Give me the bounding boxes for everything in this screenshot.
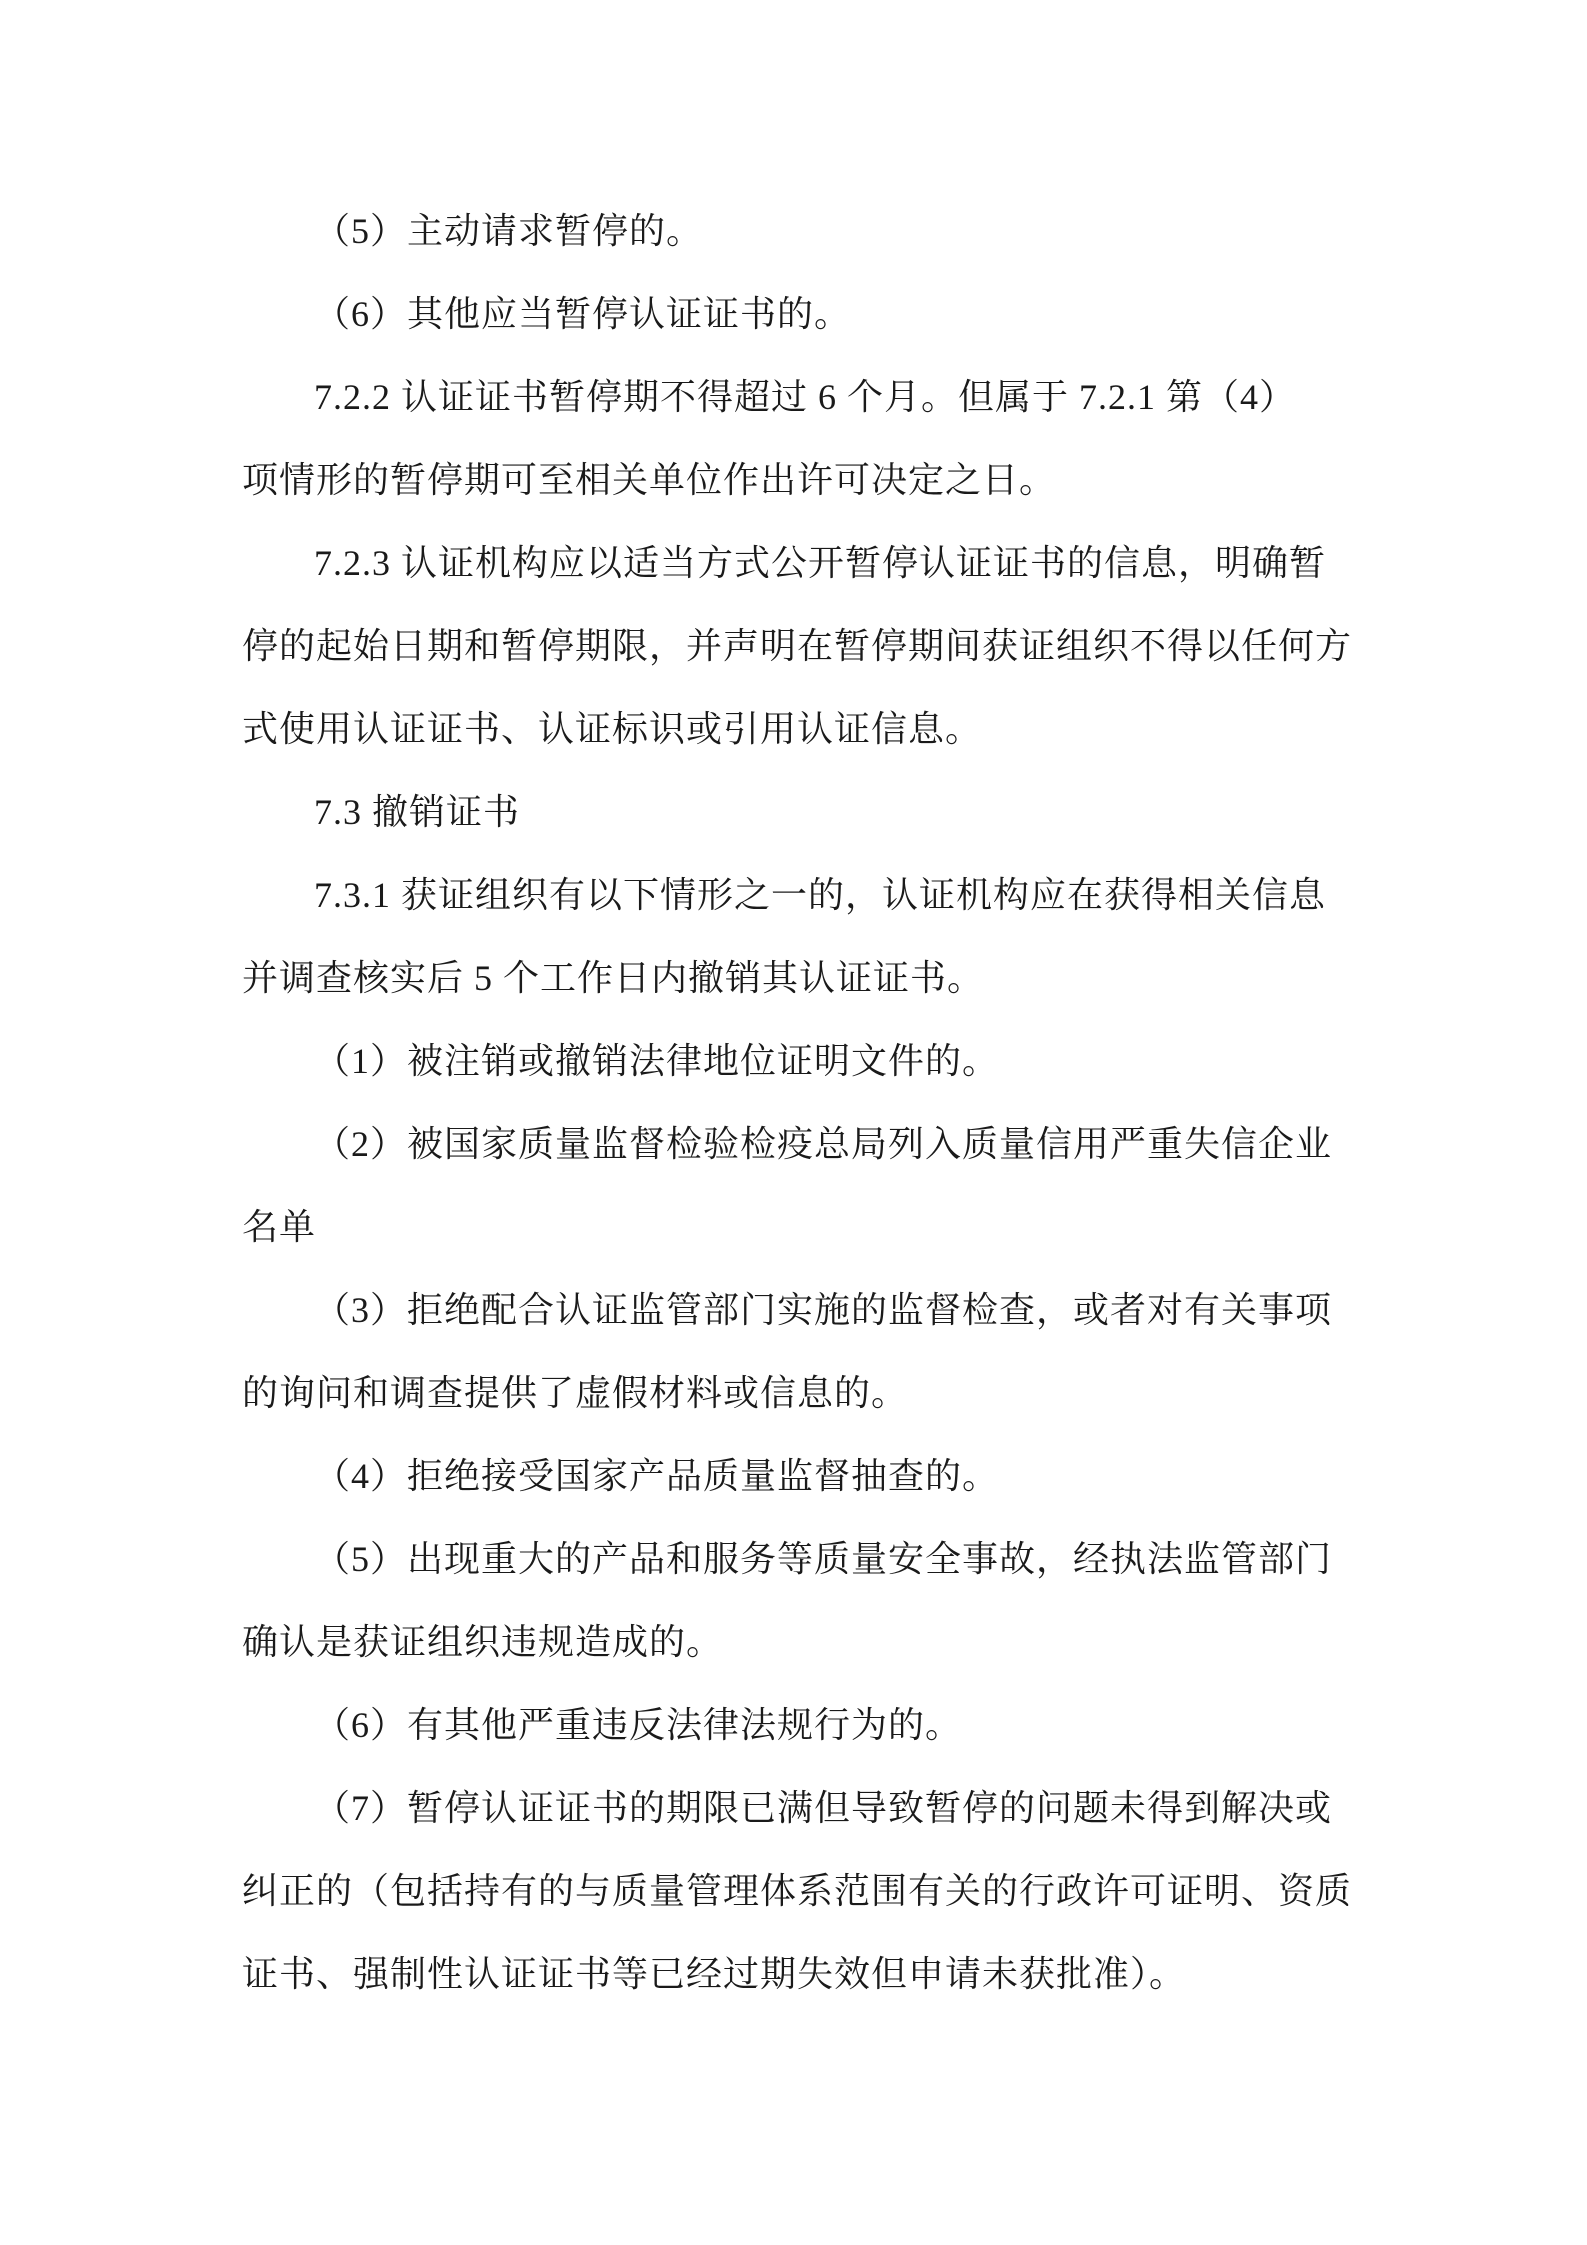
text-line: 停的起始日期和暂停期限，并声明在暂停期间获证组织不得以任何方 xyxy=(242,605,1427,688)
paragraph: 7.3.1 获证组织有以下情形之一的，认证机构应在获得相关信息并调查核实后 5 … xyxy=(242,854,1427,1020)
paragraph: （3）拒绝配合认证监管部门实施的监督检查，或者对有关事项的询问和调查提供了虚假材… xyxy=(242,1269,1427,1435)
paragraph: （2）被国家质量监督检验检疫总局列入质量信用严重失信企业名单 xyxy=(242,1103,1427,1269)
paragraph: （1）被注销或撤销法律地位证明文件的。 xyxy=(242,1020,1427,1103)
text-line: 7.2.2 认证证书暂停期不得超过 6 个月。但属于 7.2.1 第（4） xyxy=(242,356,1427,439)
text-line: （5）主动请求暂停的。 xyxy=(242,190,1427,273)
text-line: （3）拒绝配合认证监管部门实施的监督检查，或者对有关事项 xyxy=(242,1269,1427,1352)
text-line: （6）有其他严重违反法律法规行为的。 xyxy=(242,1684,1427,1767)
paragraph: （7）暂停认证证书的期限已满但导致暂停的问题未得到解决或纠正的（包括持有的与质量… xyxy=(242,1767,1427,2016)
text-line: （2）被国家质量监督检验检疫总局列入质量信用严重失信企业 xyxy=(242,1103,1427,1186)
paragraph: （5）出现重大的产品和服务等质量安全事故，经执法监管部门确认是获证组织违规造成的… xyxy=(242,1518,1427,1684)
text-line: （5）出现重大的产品和服务等质量安全事故，经执法监管部门 xyxy=(242,1518,1427,1601)
text-line: 7.2.3 认证机构应以适当方式公开暂停认证证书的信息，明确暂 xyxy=(242,522,1427,605)
text-line: （6）其他应当暂停认证证书的。 xyxy=(242,273,1427,356)
text-line: 确认是获证组织违规造成的。 xyxy=(242,1601,1427,1684)
text-line: 纠正的（包括持有的与质量管理体系范围有关的行政许可证明、资质 xyxy=(242,1850,1427,1933)
document-body: （5）主动请求暂停的。（6）其他应当暂停认证证书的。7.2.2 认证证书暂停期不… xyxy=(242,190,1427,2016)
text-line: 7.3.1 获证组织有以下情形之一的，认证机构应在获得相关信息 xyxy=(242,854,1427,937)
text-line: 项情形的暂停期可至相关单位作出许可决定之日。 xyxy=(242,439,1427,522)
text-line: 并调查核实后 5 个工作日内撤销其认证证书。 xyxy=(242,937,1427,1020)
paragraph: （5）主动请求暂停的。 xyxy=(242,190,1427,273)
text-line: 7.3 撤销证书 xyxy=(242,771,1427,854)
text-line: 的询问和调查提供了虚假材料或信息的。 xyxy=(242,1352,1427,1435)
document-page: （5）主动请求暂停的。（6）其他应当暂停认证证书的。7.2.2 认证证书暂停期不… xyxy=(0,0,1587,2245)
text-line: （4）拒绝接受国家产品质量监督抽查的。 xyxy=(242,1435,1427,1518)
paragraph: （6）有其他严重违反法律法规行为的。 xyxy=(242,1684,1427,1767)
paragraph: （4）拒绝接受国家产品质量监督抽查的。 xyxy=(242,1435,1427,1518)
text-line: 式使用认证证书、认证标识或引用认证信息。 xyxy=(242,688,1427,771)
paragraph: 7.2.2 认证证书暂停期不得超过 6 个月。但属于 7.2.1 第（4）项情形… xyxy=(242,356,1427,522)
text-line: 名单 xyxy=(242,1186,1427,1269)
paragraph: 7.2.3 认证机构应以适当方式公开暂停认证证书的信息，明确暂停的起始日期和暂停… xyxy=(242,522,1427,771)
text-line: （1）被注销或撤销法律地位证明文件的。 xyxy=(242,1020,1427,1103)
text-line: 证书、强制性认证证书等已经过期失效但申请未获批准）。 xyxy=(242,1933,1427,2016)
text-line: （7）暂停认证证书的期限已满但导致暂停的问题未得到解决或 xyxy=(242,1767,1427,1850)
paragraph: 7.3 撤销证书 xyxy=(242,771,1427,854)
paragraph: （6）其他应当暂停认证证书的。 xyxy=(242,273,1427,356)
